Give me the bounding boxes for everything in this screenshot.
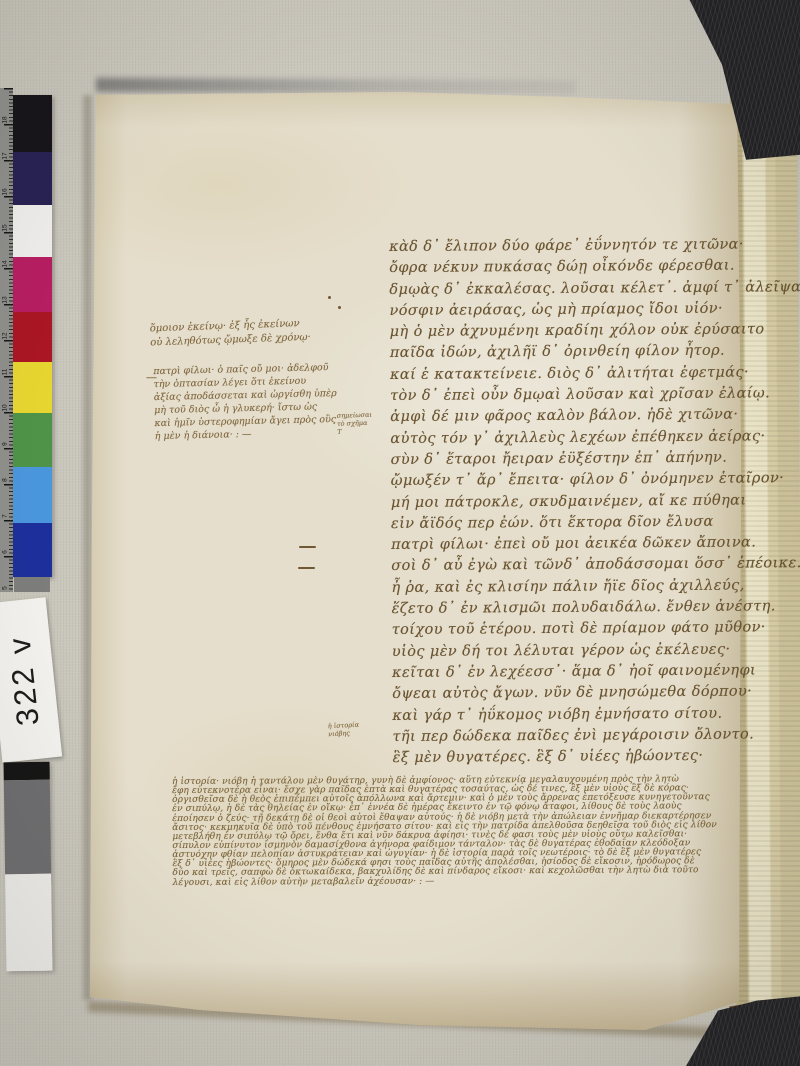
ruler-numbers: 18171615141312111098765 xyxy=(0,102,9,606)
patch-magenta xyxy=(13,257,52,312)
grayscale-black xyxy=(4,762,50,781)
grayscale-gray xyxy=(4,780,51,875)
calibration-ruler: 18171615141312111098765 xyxy=(0,88,13,592)
patch-dark-violet xyxy=(13,152,52,205)
patch-dark-blue xyxy=(13,523,52,577)
parchment-page xyxy=(88,90,744,1037)
patch-light-blue xyxy=(13,467,52,523)
folio-number-text: 322 v xyxy=(1,633,46,727)
patch-black xyxy=(13,95,52,152)
page-top-shadow xyxy=(96,78,576,95)
patch-green xyxy=(13,413,52,467)
photograph-stage: κὰδ δ᾽ ἔλιπον δύο φάρε᾽ ἐΰννητόν τε χιτῶ… xyxy=(0,0,800,1066)
patch-white xyxy=(13,205,52,257)
grayscale-wedge xyxy=(4,762,53,972)
folio-number-label: 322 v xyxy=(0,597,62,762)
patch-yellow xyxy=(13,362,52,413)
color-calibration-bar xyxy=(13,95,52,577)
grayscale-white xyxy=(5,874,52,972)
patch-red xyxy=(13,312,52,362)
patch-gray-stub xyxy=(14,577,50,592)
